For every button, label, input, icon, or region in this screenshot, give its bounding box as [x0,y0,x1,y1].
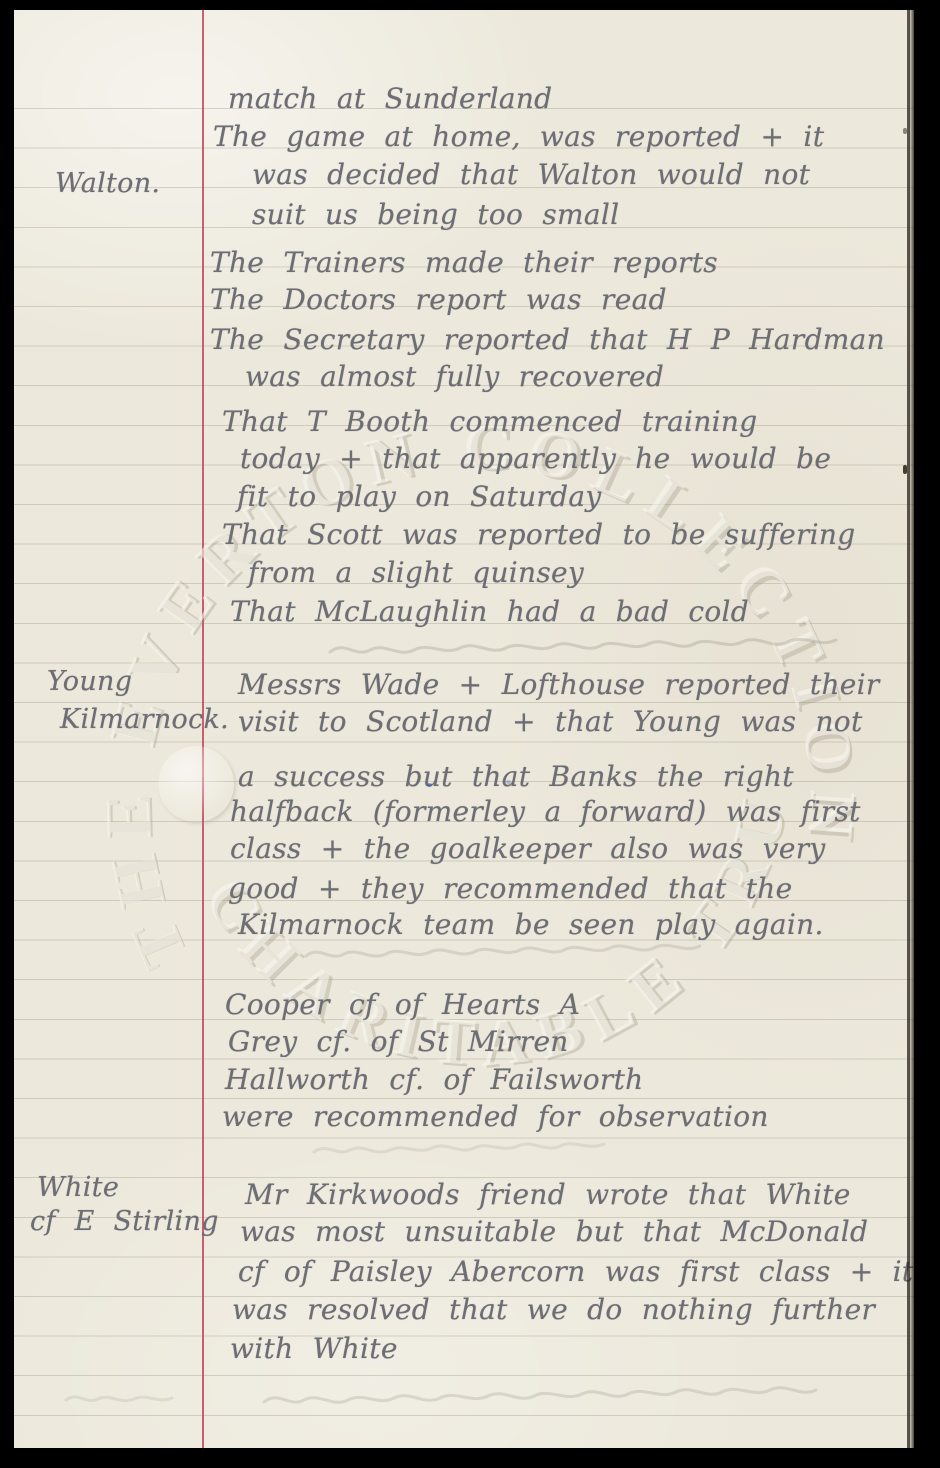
handwriting-line: suit us being too small [252,198,619,231]
handwriting-line: was decided that Walton would not [252,158,810,191]
handwriting-line: were recommended for observation [222,1100,769,1133]
ledger-page: THE EVERTON COLLECTION THE EVERTON COLLE… [14,10,914,1448]
handwriting-line: Mr Kirkwoods friend wrote that White [245,1178,851,1211]
handwriting-line: That T Booth commenced training [222,405,757,438]
handwriting-line: was resolved that we do nothing further [232,1293,875,1326]
handwriting-line: today + that apparently he would be [240,442,831,475]
handwriting-line: cf of Paisley Abercorn was first class +… [238,1255,913,1288]
handwriting-line: visit to Scotland + that Young was not [238,705,863,738]
handwriting-line: was almost fully recovered [245,360,664,393]
handwriting-line: That Scott was reported to be suffering [222,518,855,551]
binding-stitch-mark [903,128,907,134]
handwriting-line: a success but that Banks the right [238,760,794,793]
handwriting-line: Kilmarnock team be seen play again. [238,908,824,941]
handwriting-line: was most unsuitable but that McDonald [240,1215,868,1248]
page-edge-shadow [909,10,914,1448]
handwriting-line: The game at home, was reported + it [213,120,824,153]
handwriting-line: with White [230,1332,398,1365]
handwriting-line: Cooper cf of Hearts A [225,988,580,1021]
margin-note: Young [47,666,132,697]
margin-note: cf E Stirling [30,1206,219,1237]
handwriting-line: That McLaughlin had a bad cold [230,595,749,628]
handwriting-line: Grey cf. of St Mirren [228,1025,569,1058]
handwriting-line: match at Sunderland [228,82,552,115]
margin-note: Walton. [55,168,160,199]
handwriting-line: The Secretary reported that H P Hardman [210,323,885,356]
margin-note: Kilmarnock. [60,704,229,735]
handwriting-line: good + they recommended that the [228,872,793,905]
ink-speck [427,783,432,787]
scanned-minute-book-photo: { "document": { "kind": "handwritten min… [0,0,940,1468]
handwriting-line: Hallworth cf. of Failsworth [225,1063,643,1096]
margin-note: White [37,1172,119,1203]
handwriting-line: from a slight quinsey [248,556,584,589]
handwriting-line: Messrs Wade + Lofthouse reported their [238,668,880,701]
handwriting-line: halfback (formerley a forward) was first [230,795,861,828]
binding-stitch-mark [903,465,907,474]
ink-speck [506,780,511,784]
handwriting-line: The Doctors report was read [210,283,667,316]
handwriting-line: fit to play on Saturday [237,480,601,513]
handwriting-line: class + the goalkeeper also was very [230,832,826,865]
embossed-dot [158,746,234,822]
handwriting-line: The Trainers made their reports [210,246,718,279]
